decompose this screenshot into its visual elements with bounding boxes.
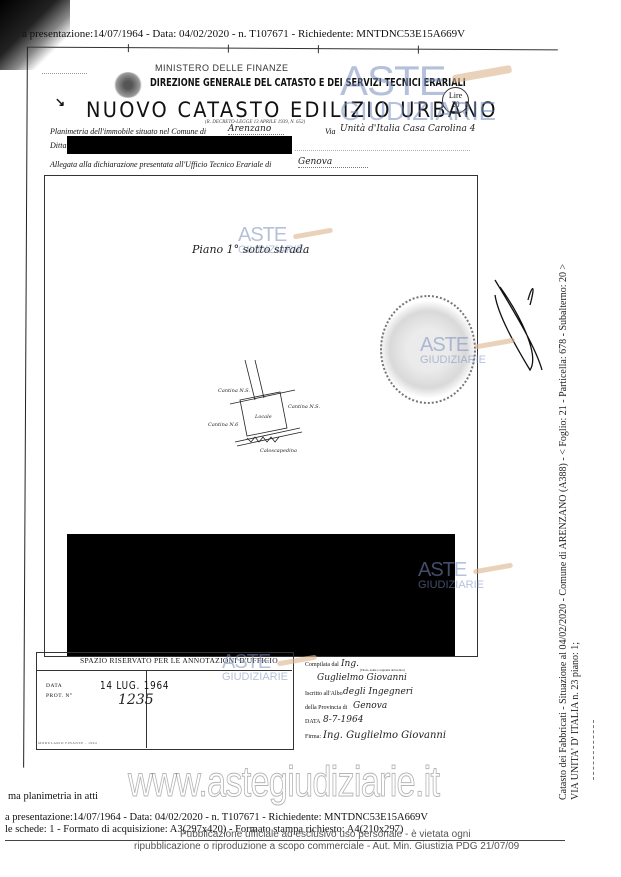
annotation-prot-label: PROT. N° [46,693,73,699]
form-footer-code: MODULARIO FINANZE - 1964 [38,741,97,745]
allegata-label: Allegata alla dichiarazione presentata a… [50,160,271,169]
aste-watermark: ASTE GIUDIZIARIE [418,560,484,591]
compilata-section: Compilata dal Ing. (Titolo, nome e cogno… [305,660,475,750]
annotation-date-stamp: 14 LUG. 1964 [100,679,169,692]
comune-value: Arenzano [228,124,284,135]
compilata-data-label: DATA [305,719,321,725]
albo-value: degli Ingegneri [343,687,413,697]
compilata-data-value: 8-7-1964 [323,715,363,725]
faded-text-marks [42,73,87,74]
footer-planimetria-note: ma planimetria in atti [8,791,98,802]
footer-request-line: a presentazione:14/07/1964 - Data: 04/02… [5,812,428,823]
redacted-block [67,534,455,656]
provincia-label: della Provincia di [305,705,347,711]
site-watermark: www.astegiudiziarie.it [128,758,439,807]
republic-emblem-icon [113,72,143,98]
engineer-name: Guglielmo Giovanni [317,673,407,683]
room-label: Cantina N.S. [218,388,250,394]
floor-plan-sketch: Cantina N.S. Cantina N.S. Cantina N.6 Lo… [200,360,330,455]
annotation-prot-number: 1235 [118,692,154,708]
side-dashed-mark [593,720,595,780]
side-catasto-info: Catasto dei Fabbricati - Situazione al 0… [558,264,569,800]
header-request-line: a presentazione:14/07/1964 - Data: 04/02… [22,28,465,40]
planimetria-label: Planimetria dell'immobile situato nel Co… [50,127,206,136]
room-label: Cantina N.S. [288,404,320,410]
ufficio-value: Genova [298,157,368,168]
iscritto-label: Iscritto all'Albo [305,691,343,697]
mark-glyph: ↘ [55,95,65,110]
annotation-data-label: DATA [46,683,62,689]
side-address-info: VIA UNITA' D' ITALIA n. 23 piano: 1; [570,642,581,800]
ditta-label: Ditta [50,141,66,150]
aste-watermark: ASTE GIUDIZIARIE [420,335,486,366]
compilata-title: Ing. [341,659,359,669]
margin-signature [490,275,550,375]
publication-notice-line2: ripubblicazione o riproduzione a scopo c… [134,841,519,852]
aste-watermark: ASTE GIUDIZIARIE [238,225,304,256]
compilata-label: Compilata dal [305,662,339,668]
via-label: Via [325,127,336,136]
ditta-dotted-line [295,150,470,151]
ministry-heading: MINISTERO DELLE FINANZE [155,63,289,73]
aste-watermark: ASTE GIUDIZIARIE [340,60,496,124]
street-label: Caloscapedina [260,448,297,454]
provincia-value: Genova [353,701,387,711]
firma-label: Firma: [305,734,321,740]
redacted-owner-name [67,136,292,154]
room-label: Cantina N.6 [208,422,239,428]
publication-notice-line1: Pubblicazione ufficiale ad esclusivo uso… [180,829,471,840]
compilata-subtitle: (Titolo, nome e cognome del tecnico) [360,668,405,672]
room-label: Locale [254,414,272,420]
firma-signature: Ing. Guglielmo Giovanni [323,730,446,741]
aste-watermark: ASTE GIUDIZIARIE [222,652,288,683]
